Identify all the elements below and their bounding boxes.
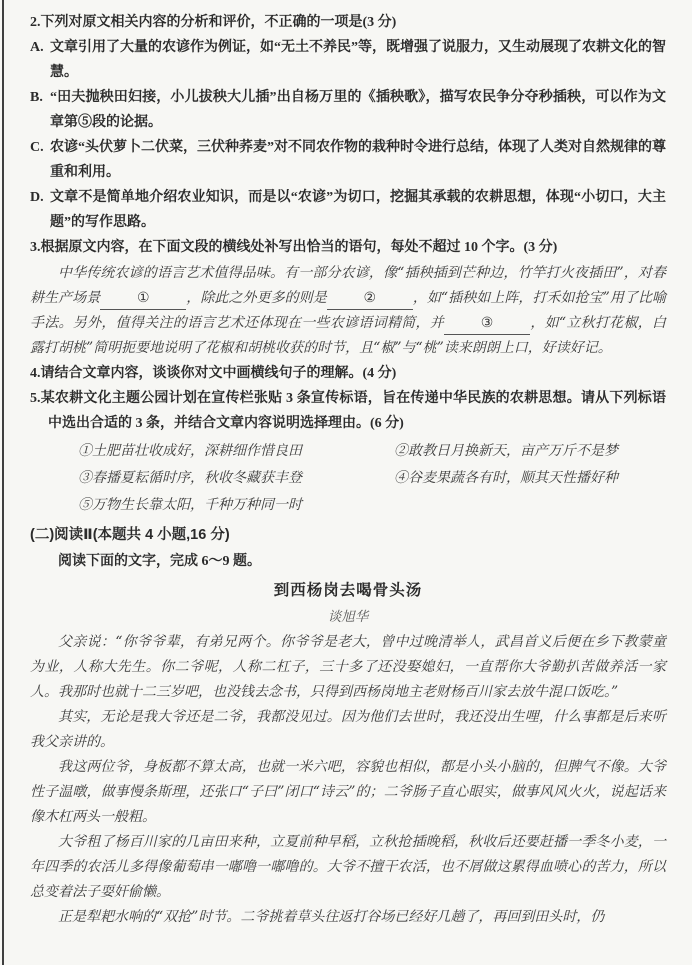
option-text: 文章不是简单地介绍农业知识，而是以“农谚”为切口，挖掘其承载的农耕思想，体现“小… bbox=[50, 185, 666, 235]
question-3-passage: 中华传统农谚的语言艺术值得品味。有一部分农谚，像“插秧插到芒种边，竹竿打火夜插田… bbox=[30, 261, 666, 361]
essay-paragraph: 正是犁耙水响的“双抢”时节。二爷挑着草头往返打谷场已经好几趟了，再回到田头时，仍 bbox=[30, 905, 666, 930]
slogan-item: ⑤万物生长靠太阳，千种万种同一时 bbox=[78, 492, 394, 519]
page-content: 2.下列对原文相关内容的分析和评价，不正确的一项是(3 分) A.文章引用了大量… bbox=[0, 0, 692, 930]
option-label: A. bbox=[30, 35, 50, 85]
option-text: 农谚“头伏萝卜二伏菜，三伏种荞麦”对不同农作物的栽种时令进行总结，体现了人类对自… bbox=[50, 135, 666, 185]
slogan-item: ②敢教日月换新天，亩产万斤不是梦 bbox=[394, 438, 666, 465]
option-label: D. bbox=[30, 185, 50, 235]
question-3-stem: 3.根据原文内容，在下面文段的横线处补写出恰当的语句，每处不超过 10 个字。(… bbox=[30, 235, 666, 260]
question-4-stem: 4.请结合文章内容，谈谈你对文中画横线句子的理解。(4 分) bbox=[30, 361, 666, 386]
question-2-stem: 2.下列对原文相关内容的分析和评价，不正确的一项是(3 分) bbox=[30, 10, 666, 35]
essay-paragraph: 我这两位爷，身板都不算太高，也就一米六吧，容貌也相似，都是小头小脑的，但脾气不像… bbox=[30, 755, 666, 830]
option-label: B. bbox=[30, 85, 50, 135]
q2-option: B.“田夫抛秧田妇接，小儿拔秧大儿插”出自杨万里的《插秧歌》，描写农民争分夺秒插… bbox=[30, 85, 666, 135]
q2-option: C.农谚“头伏萝卜二伏菜，三伏种荞麦”对不同农作物的栽种时令进行总结，体现了人类… bbox=[30, 135, 666, 185]
exam-page: 2.下列对原文相关内容的分析和评价，不正确的一项是(3 分) A.文章引用了大量… bbox=[0, 0, 692, 965]
fill-in-blank: ① bbox=[100, 288, 186, 310]
fill-in-blank: ② bbox=[327, 288, 413, 310]
essay-title: 到西杨岗去喝骨头汤 bbox=[30, 577, 666, 604]
question-5-slogan-list: ①土肥苗壮收成好，深耕细作惜良田②敢教日月换新天，亩产万斤不是梦③春播夏耘循时序… bbox=[78, 438, 666, 519]
option-text: 文章引用了大量的农谚作为例证，如“无土不养民”等，既增强了说服力，又生动展现了农… bbox=[50, 35, 666, 85]
option-text: “田夫抛秧田妇接，小儿拔秧大儿插”出自杨万里的《插秧歌》，描写农民争分夺秒插秧，… bbox=[50, 85, 666, 135]
essay-paragraph: 父亲说：“你爷爷辈，有弟兄两个。你爷爷是老大，曾中过晚清举人，武昌首义后便在乡下… bbox=[30, 630, 666, 705]
fill-in-blank: ③ bbox=[444, 313, 530, 335]
slogan-item: ③春播夏耘循时序，秋收冬藏获丰登 bbox=[78, 465, 394, 492]
question-5-stem: 5.某农耕文化主题公园计划在宣传栏张贴 3 条宣传标语，旨在传递中华民族的农耕思… bbox=[30, 386, 666, 436]
essay-author: 谈旭华 bbox=[30, 604, 666, 630]
slogan-item: ①土肥苗壮收成好，深耕细作惜良田 bbox=[78, 438, 394, 465]
reading-2-intro: 阅读下面的文字，完成 6～9 题。 bbox=[30, 549, 666, 575]
essay-paragraph: 大爷租了杨百川家的几亩田来种，立夏前种早稻，立秋抢插晚稻，秋收后还要赶播一季冬小… bbox=[30, 830, 666, 905]
scan-edge-line bbox=[2, 0, 4, 965]
question-2-options: A.文章引用了大量的农谚作为例证，如“无土不养民”等，既增强了说服力，又生动展现… bbox=[30, 35, 666, 235]
essay-paragraph: 其实，无论是我大爷还是二爷，我都没见过。因为他们去世时，我还没出生哩，什么事都是… bbox=[30, 705, 666, 755]
slogan-item: ④谷麦果蔬各有时，顺其天性播好种 bbox=[394, 465, 666, 492]
section-2-heading: (二)阅读Ⅱ(本题共 4 小题,16 分) bbox=[30, 522, 666, 549]
option-label: C. bbox=[30, 135, 50, 185]
q2-option: D.文章不是简单地介绍农业知识，而是以“农谚”为切口，挖掘其承载的农耕思想，体现… bbox=[30, 185, 666, 235]
q2-option: A.文章引用了大量的农谚作为例证，如“无土不养民”等，既增强了说服力，又生动展现… bbox=[30, 35, 666, 85]
essay-body: 父亲说：“你爷爷辈，有弟兄两个。你爷爷是老大，曾中过晚清举人，武昌首义后便在乡下… bbox=[30, 630, 666, 930]
passage-text: ，除此之外更多的则是 bbox=[186, 290, 327, 306]
